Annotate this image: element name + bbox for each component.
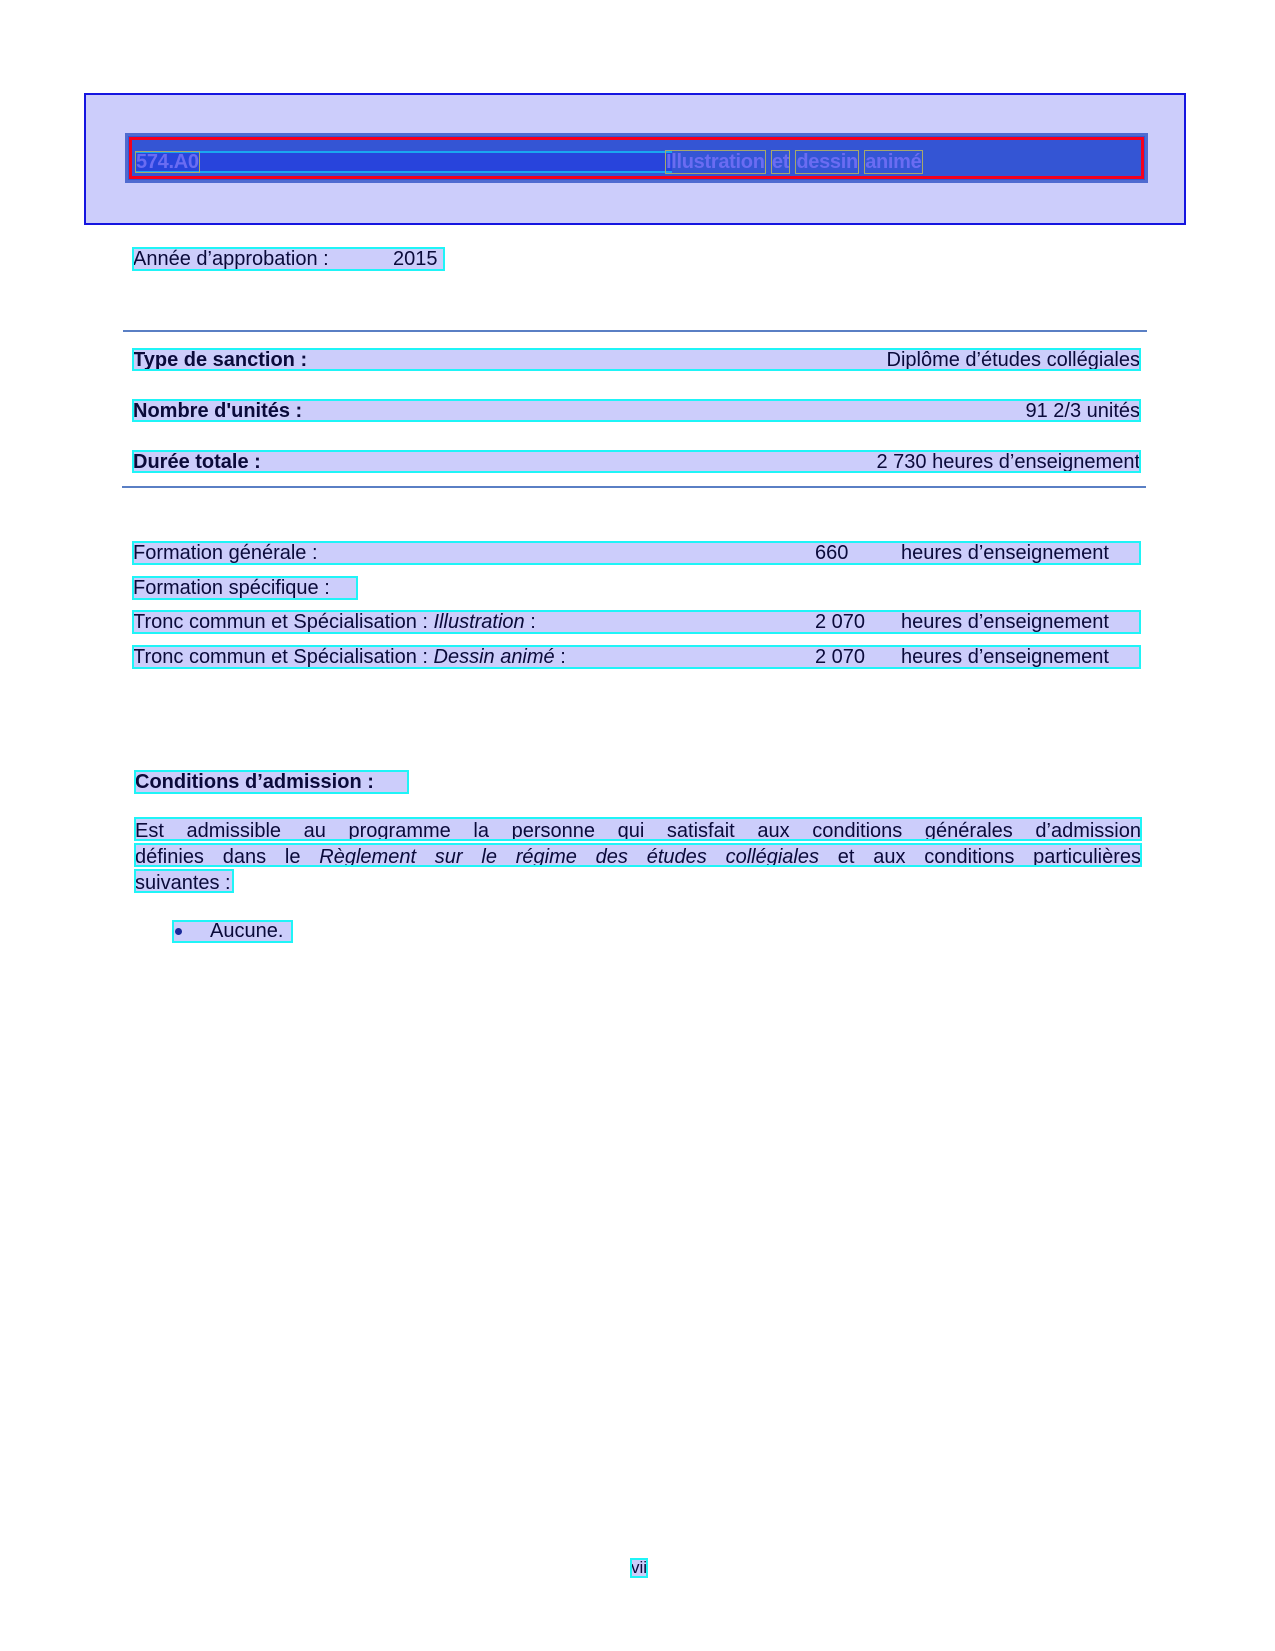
program-title-bar: 574.A0 Illustration et dessin animé [125,133,1148,183]
track-suffix: : [555,646,566,668]
duration-row: Durée totale : 2 730 heures d’enseigneme… [133,451,1140,472]
track-unit: heures d’enseignement [901,611,1109,633]
approval-year: 2015 [393,248,438,270]
units-label: Nombre d'unités : [133,401,302,421]
track-name: Dessin animé [434,646,555,668]
track-prefix: Tronc commun et Spécialisation : [133,611,434,633]
duration-value: 2 730 heures d’enseignement [876,452,1140,472]
admission-line-2: définies dans le Règlement sur le régime… [135,844,1141,866]
admission-line-3: suivantes : [135,870,233,892]
code-underline [136,151,672,173]
track-hours: 2 070 [815,646,865,668]
title-word: animé [865,151,921,173]
program-title: Illustration et dessin animé [666,152,922,172]
track-suffix: : [525,611,536,633]
title-word: et [772,151,789,173]
approval-year-line: Année d’approbation : 2015 [133,248,444,270]
track-prefix: Tronc commun et Spécialisation : [133,646,434,668]
general-training-unit: heures d’enseignement [901,542,1109,564]
admission-line-2-post: et aux conditions particulières [819,846,1141,868]
summary-top-rule [123,330,1147,332]
bullet-icon [175,928,182,935]
summary-bottom-rule [122,486,1146,488]
admission-line-2-pre: définies dans le [135,846,319,868]
regulation-title: Règlement sur le régime des études collé… [319,846,819,868]
track-row-animation: Tronc commun et Spécialisation : Dessin … [133,646,1140,668]
general-training-label: Formation générale : [133,542,318,564]
track-unit: heures d’enseignement [901,646,1109,668]
units-row: Nombre d'unités : 91 2/3 unités [133,400,1140,421]
track-row-illustration: Tronc commun et Spécialisation : Illustr… [133,611,1140,633]
program-code: 574.A0 [136,152,199,172]
duration-label: Durée totale : [133,452,261,472]
approval-label: Année d’approbation : [133,248,329,270]
title-word: Illustration [666,151,765,173]
admission-line-1: Est admissible au programme la personne … [135,818,1141,840]
specific-training-label: Formation spécifique : [133,577,357,599]
sanction-label: Type de sanction : [133,350,307,370]
sanction-row: Type de sanction : Diplôme d’études coll… [133,349,1140,370]
admission-bullet-item: Aucune. [173,921,292,942]
bullet-text: Aucune. [210,921,283,942]
admission-paragraph: Est admissible au programme la personne … [135,818,1141,896]
general-training-row: Formation générale : 660 heures d’enseig… [133,542,1140,564]
units-value: 91 2/3 unités [1025,401,1140,421]
track-hours: 2 070 [815,611,865,633]
track-name: Illustration [434,611,525,633]
title-bar-border: 574.A0 Illustration et dessin animé [129,137,1144,179]
title-word: dessin [796,151,858,173]
general-training-hours: 660 [815,542,848,564]
admission-heading: Conditions d’admission : [135,771,408,793]
sanction-value: Diplôme d’études collégiales [887,350,1140,370]
page-number: vii [631,1559,647,1577]
